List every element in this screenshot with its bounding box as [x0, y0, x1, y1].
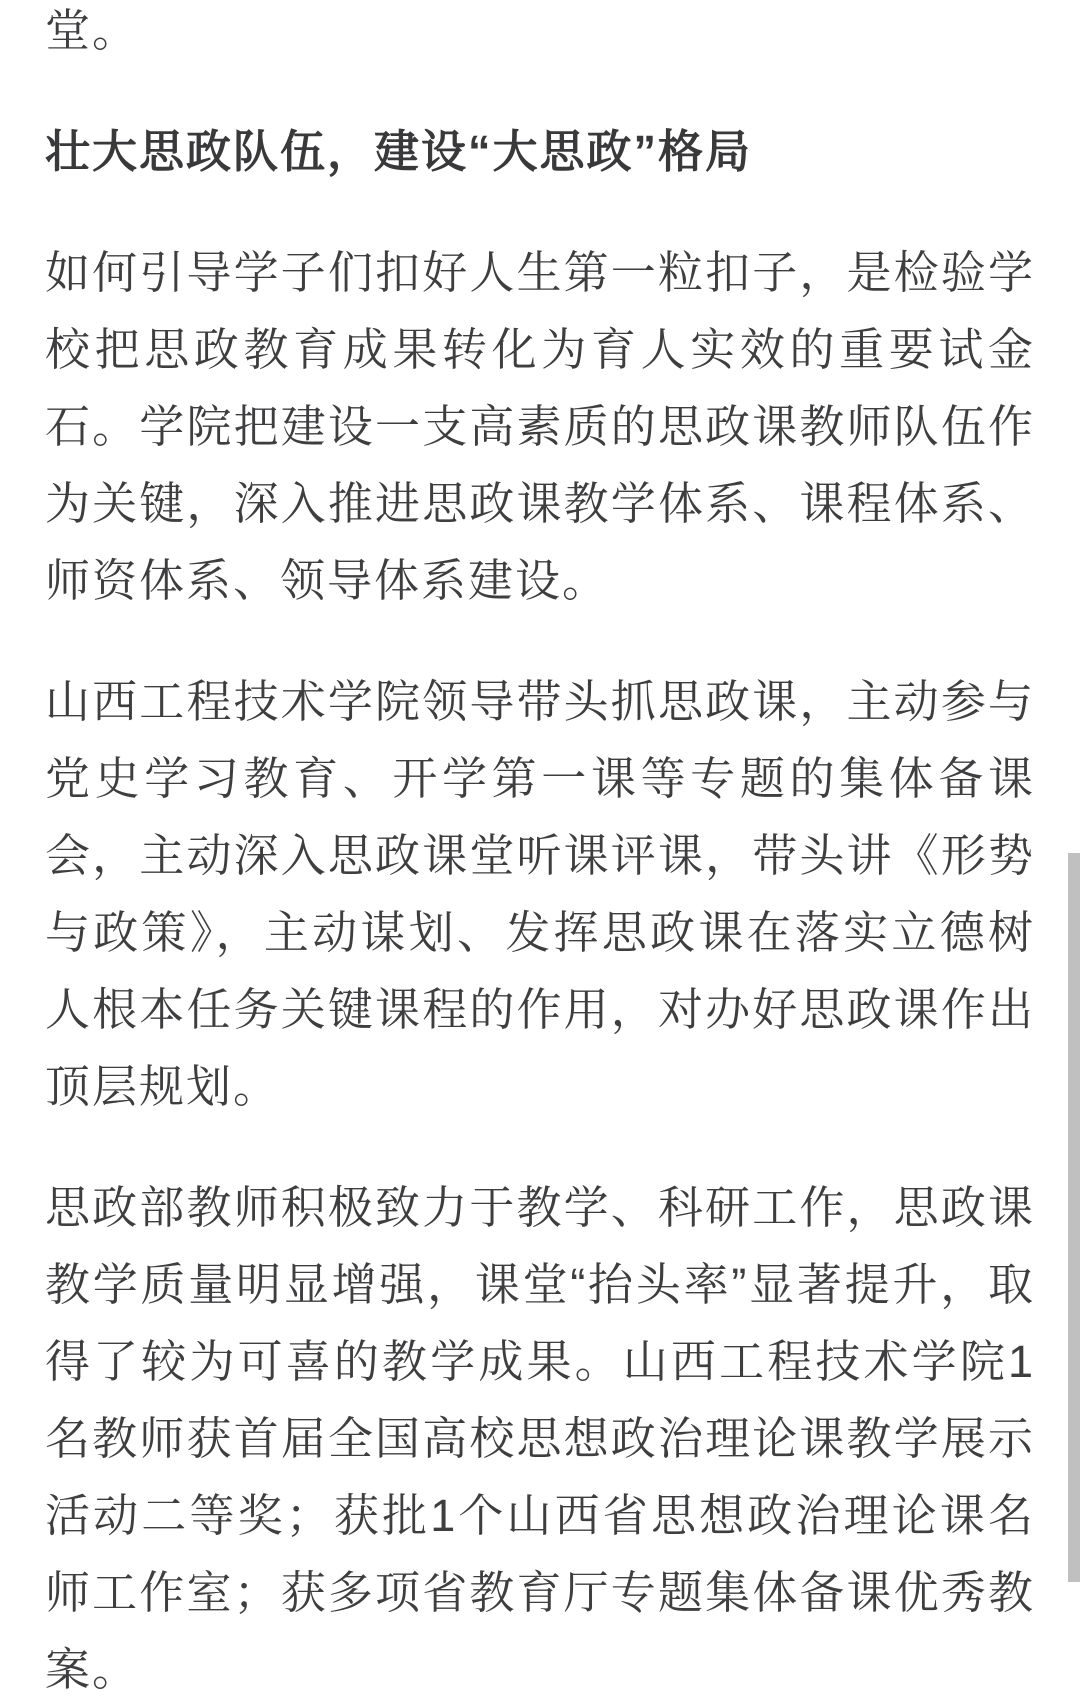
- section-heading: 壮大思政队伍，建设“大思政”格局: [45, 113, 1035, 190]
- article-page: 堂。 壮大思政队伍，建设“大思政”格局 如何引导学子们扣好人生第一粒扣子，是检验…: [0, 0, 1080, 1706]
- paragraph: 如何引导学子们扣好人生第一粒扣子，是检验学校把思政教育成果转化为育人实效的重要试…: [45, 234, 1035, 619]
- scrollbar-thumb[interactable]: [1068, 853, 1080, 1582]
- paragraph: 山西工程技术学院领导带头抓思政课，主动参与党史学习教育、开学第一课等专题的集体备…: [45, 663, 1035, 1125]
- paragraph-fragment: 堂。: [45, 0, 1035, 69]
- paragraph: 思政部教师积极致力于教学、科研工作，思政课教学质量明显增强，课堂“抬头率”显著提…: [45, 1169, 1035, 1706]
